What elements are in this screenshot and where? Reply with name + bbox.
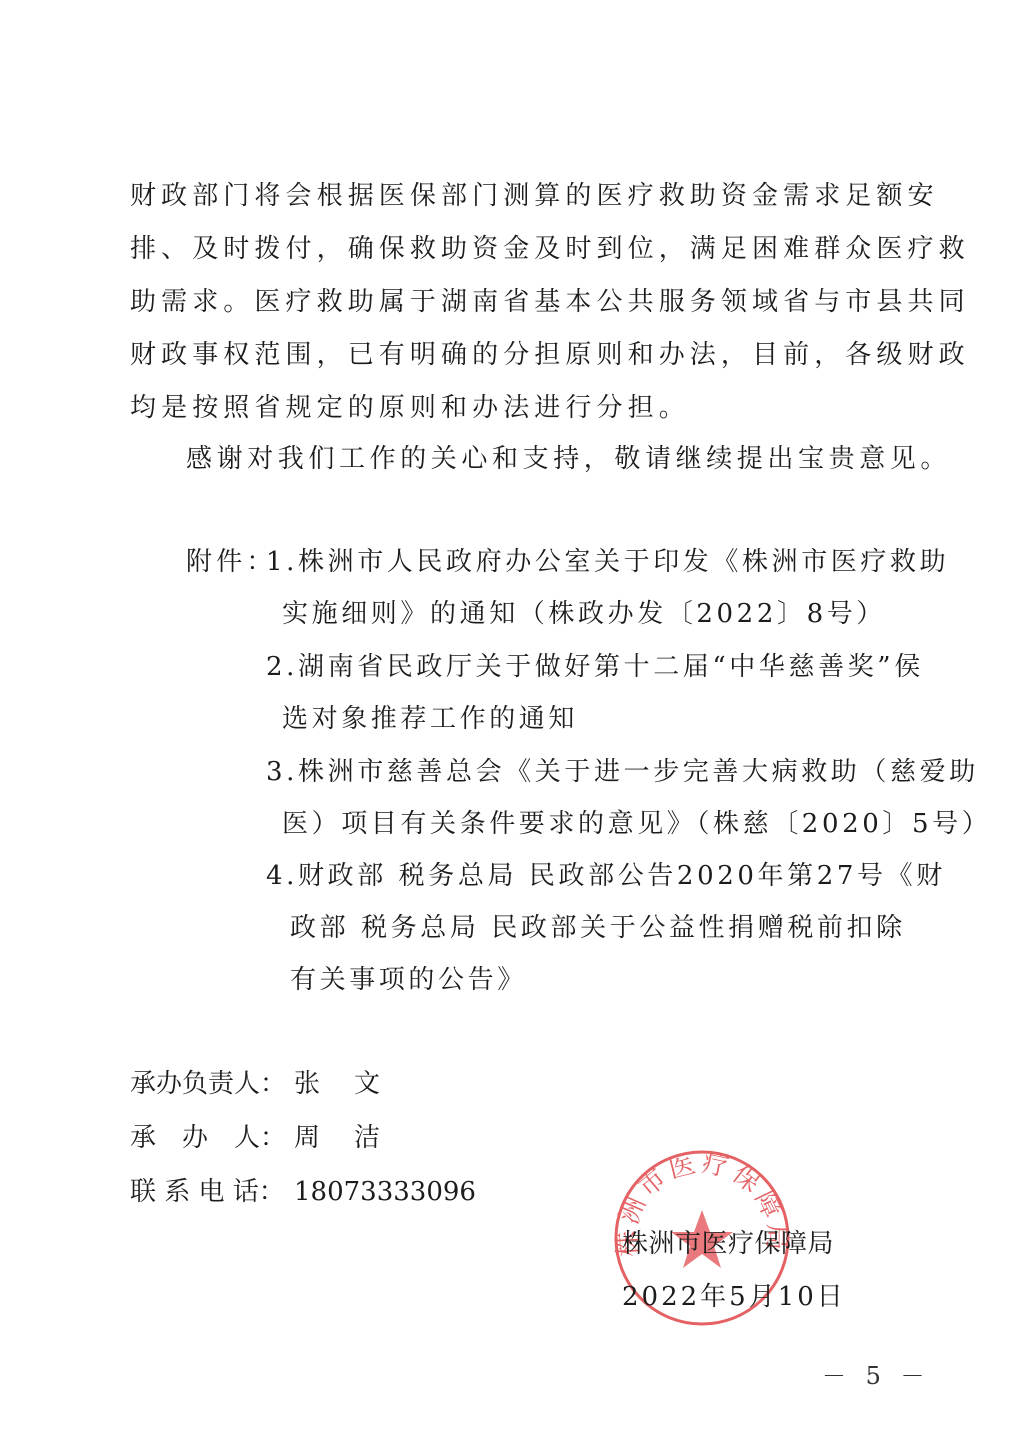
contact-value: 张 文 — [294, 1069, 384, 1099]
signature-organization: 株洲市医疗保障局 — [622, 1228, 834, 1260]
body-line-2: 排、及时拨付，确保救助资金及时到位，满足困难群众医疗救 — [130, 233, 970, 265]
contact-label: 承 办 人： — [130, 1122, 294, 1154]
contact-label: 联 系 电 话： — [130, 1176, 294, 1208]
attachment-4-line-1: 4.财政部 税务总局 民政部公告2020年第27号《财 — [266, 860, 946, 892]
document-page: 财政部门将会根据医保部门测算的医疗救助资金需求足额安 排、及时拨付，确保救助资金… — [0, 0, 1023, 1450]
body-line-5: 均是按照省规定的原则和办法进行分担。 — [130, 392, 690, 424]
body-line-1: 财政部门将会根据医保部门测算的医疗救助资金需求足额安 — [130, 180, 939, 212]
attachment-3-line-2: 医）项目有关条件要求的意见》（株慈〔2020〕5号） — [282, 808, 991, 840]
attachment-4-line-3: 有关事项的公告》 — [290, 964, 527, 996]
contact-responsible: 承办负责人：张 文 — [130, 1068, 384, 1100]
attachment-1-line-1: 1.株洲市人民政府办公室关于印发《株洲市医疗救助 — [266, 546, 949, 578]
contact-value: 18073333096 — [294, 1177, 476, 1207]
contact-value: 周 洁 — [294, 1123, 384, 1153]
attachment-2-line-2: 选对象推荐工作的通知 — [282, 703, 578, 735]
attachment-1-line-2: 实施细则》的通知（株政办发〔2022〕8号） — [282, 598, 886, 630]
contact-phone: 联 系 电 话：18073333096 — [130, 1176, 476, 1208]
attachment-3-line-1: 3.株洲市慈善总会《关于进一步完善大病救助（慈爱助 — [266, 756, 979, 788]
attachment-2-line-1: 2.湖南省民政厅关于做好第十二届“中华慈善奖”侯 — [266, 651, 924, 683]
signature-date: 2022年5月10日 — [622, 1281, 846, 1313]
attachments-label: 附件： — [186, 546, 277, 578]
contact-handler: 承 办 人：周 洁 — [130, 1122, 384, 1154]
page-number: － 5 － — [822, 1356, 931, 1391]
closing-sentence: 感谢对我们工作的关心和支持，敬请继续提出宝贵意见。 — [186, 443, 951, 475]
body-line-3: 助需求。医疗救助属于湖南省基本公共服务领域省与市县共同 — [130, 286, 970, 318]
body-line-4: 财政事权范围，已有明确的分担原则和办法，目前，各级财政 — [130, 339, 970, 371]
contact-label: 承办负责人： — [130, 1068, 294, 1100]
attachment-4-line-2: 政部 税务总局 民政部关于公益性捐赠税前扣除 — [290, 912, 906, 944]
